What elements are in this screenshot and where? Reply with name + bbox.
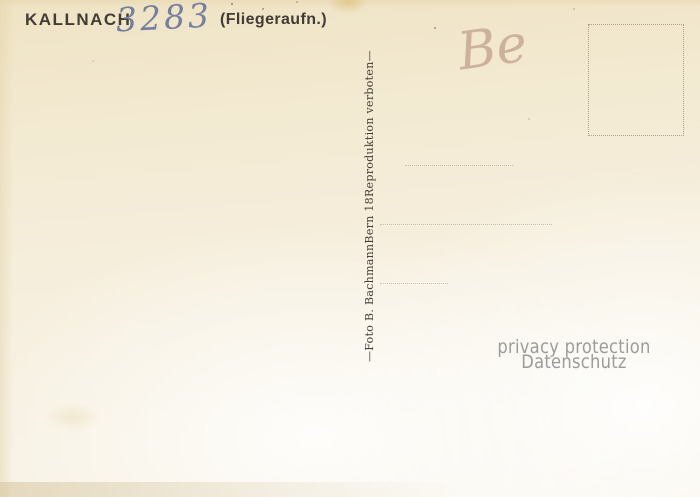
photo-type-subtitle: (Fliegeraufn.) xyxy=(220,11,327,29)
paper-speck xyxy=(296,1,298,3)
paper-stain xyxy=(328,0,368,14)
imprint-dash-start: — xyxy=(363,351,376,362)
imprint-dash-end: — xyxy=(363,50,376,61)
paper-speck xyxy=(573,8,575,10)
paper-speck xyxy=(528,118,530,120)
imprint-photographer: Foto B. Bachmann xyxy=(363,244,376,351)
stamp-box xyxy=(588,24,684,136)
imprint-copyright-notice: Reproduktion verboten xyxy=(363,61,376,197)
address-line xyxy=(380,283,448,284)
left-edge-shading xyxy=(0,0,16,497)
address-line xyxy=(380,224,552,225)
handwritten-sorting-mark: Be xyxy=(454,13,531,82)
paper-speck xyxy=(434,27,436,29)
paper-speck xyxy=(92,60,94,62)
paper-speck xyxy=(231,3,233,5)
publisher-imprint: — Foto B. Bachmann Bern 18 Reproduktion … xyxy=(361,58,377,362)
postcard-back: KALLNACH 3283 (Fliegeraufn.) Be — Foto B… xyxy=(0,0,700,497)
imprint-location: Bern 18 xyxy=(363,197,376,244)
paper-stain xyxy=(45,402,101,432)
privacy-watermark: privacy protection Datenschutz xyxy=(491,340,656,370)
handwritten-postcode: 3283 xyxy=(115,0,213,39)
address-line xyxy=(405,165,513,166)
bottom-edge-shading xyxy=(0,482,460,497)
paper-speck xyxy=(262,8,264,10)
